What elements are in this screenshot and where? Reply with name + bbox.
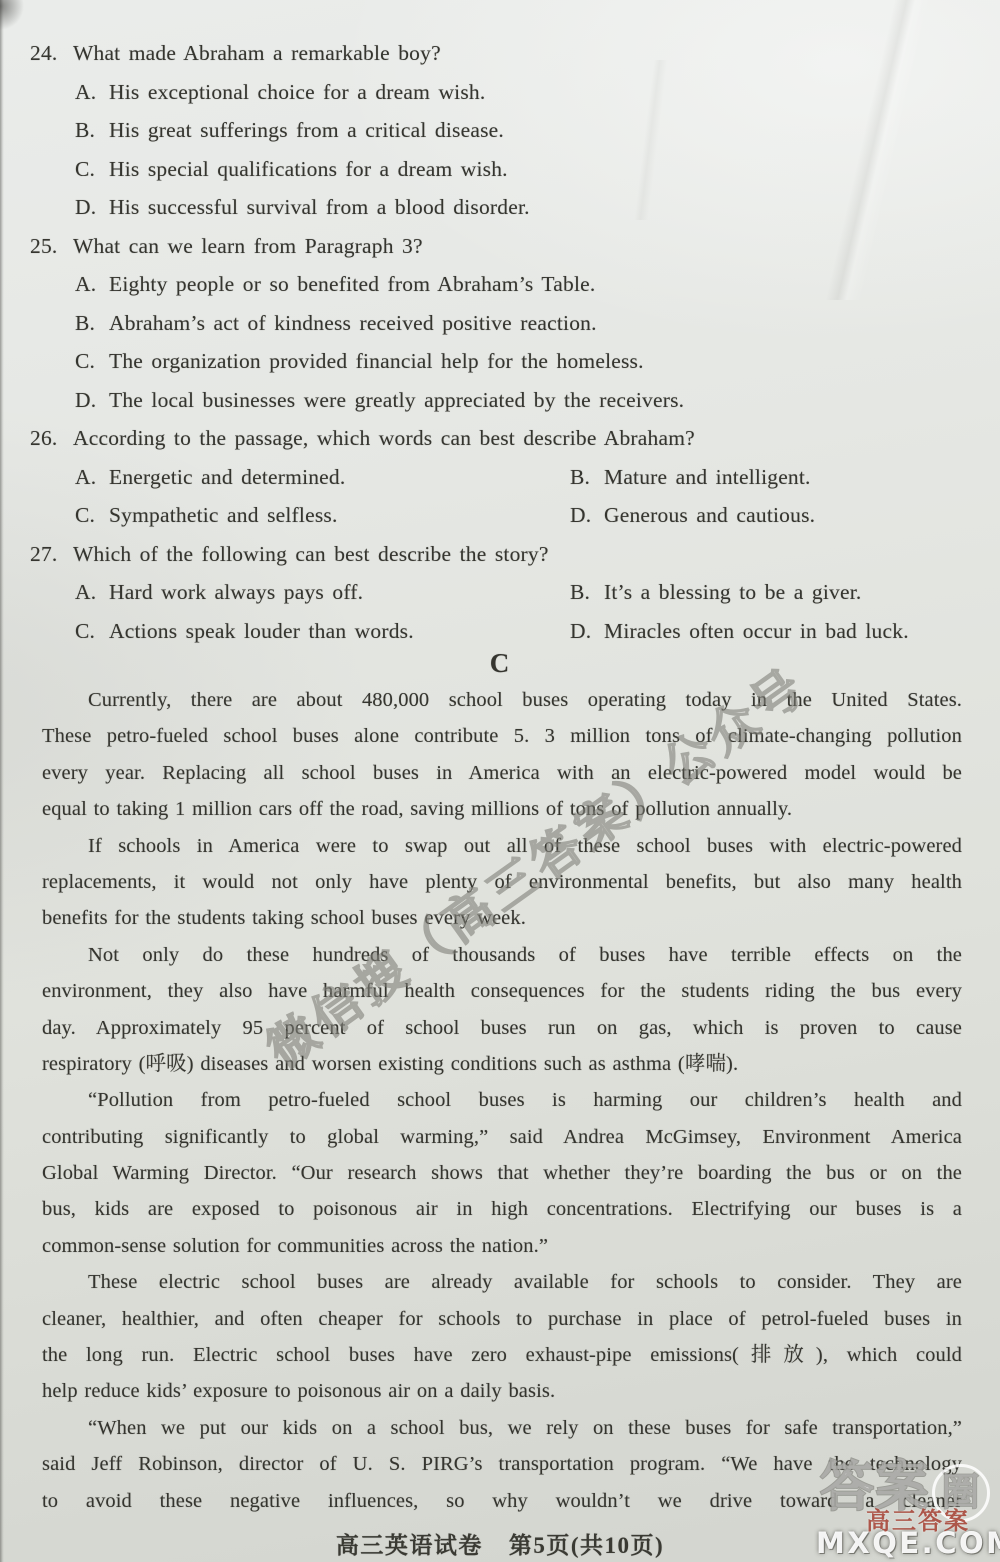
question-text: What made Abraham a remarkable boy? <box>73 41 441 65</box>
passage-line: bus, kids are exposed to poisonous air i… <box>42 1191 962 1227</box>
passage-line: every year. Replacing all school buses i… <box>42 755 962 791</box>
option-text: The local businesses were greatly apprec… <box>109 388 684 412</box>
page-number: 第5页(共10页) <box>509 1533 664 1558</box>
option-text: Mature and intelligent. <box>604 465 811 489</box>
option-text: His great sufferings from a critical dis… <box>109 118 504 142</box>
question-text: According to the passage, which words ca… <box>73 426 695 450</box>
question-26-options-ab: A.Energetic and determined. B.Mature and… <box>30 458 970 497</box>
option-text: His special qualifications for a dream w… <box>109 157 508 181</box>
page-footer: 高三英语试卷第5页(共10页) <box>0 1527 1000 1560</box>
passage-line: benefits for the students taking school … <box>42 900 962 936</box>
passage-line: to avoid these negative influences, so w… <box>42 1483 962 1519</box>
question-24-option-c: C.His special qualifications for a dream… <box>30 150 970 189</box>
option-label: B. <box>75 304 109 343</box>
passage-line: These petro-fueled school buses alone co… <box>42 718 962 754</box>
question-text: What can we learn from Paragraph 3? <box>73 234 423 258</box>
question-25-option-b: B.Abraham’s act of kindness received pos… <box>30 304 970 343</box>
question-24-option-a: A.His exceptional choice for a dream wis… <box>30 73 970 112</box>
passage-line: the long run. Electric school buses have… <box>42 1337 962 1373</box>
option-text: Abraham’s act of kindness received posit… <box>109 311 597 335</box>
question-26-option-c: C.Sympathetic and selfless. <box>75 496 570 535</box>
passage-line: “When we put our kids on a school bus, w… <box>42 1410 962 1446</box>
reading-passage-c: Currently, there are about 480,000 schoo… <box>42 682 962 1519</box>
question-number: 25. <box>30 227 73 266</box>
option-text: Actions speak louder than words. <box>109 619 414 643</box>
passage-line: Currently, there are about 480,000 schoo… <box>42 682 962 718</box>
passage-line: said Jeff Robinson, director of U. S. PI… <box>42 1446 962 1482</box>
question-26-options-cd: C.Sympathetic and selfless. D.Generous a… <box>30 496 970 535</box>
question-24: 24.What made Abraham a remarkable boy? <box>30 34 970 73</box>
option-text: Eighty people or so benefited from Abrah… <box>109 272 595 296</box>
question-26-option-a: A.Energetic and determined. <box>75 458 570 497</box>
passage-line: respiratory (呼吸) diseases and worsen exi… <box>42 1046 962 1082</box>
option-text: It’s a blessing to be a giver. <box>604 580 861 604</box>
option-text: Generous and cautious. <box>604 503 815 527</box>
passage-line: cleaner, healthier, and often cheaper fo… <box>42 1301 962 1337</box>
question-27-option-d: D.Miracles often occur in bad luck. <box>570 612 970 651</box>
passage-line: common-sense solution for communities ac… <box>42 1228 962 1264</box>
exam-title: 高三英语试卷 <box>336 1533 483 1558</box>
option-text: Hard work always pays off. <box>109 580 363 604</box>
question-25: 25.What can we learn from Paragraph 3? <box>30 227 970 266</box>
option-label: C. <box>75 150 109 189</box>
passage-line: Not only do these hundreds of thousands … <box>42 937 962 973</box>
question-number: 27. <box>30 535 73 574</box>
section-c-heading: C <box>0 650 1000 682</box>
question-number: 24. <box>30 34 73 73</box>
question-27-option-c: C.Actions speak louder than words. <box>75 612 570 651</box>
passage-line: contributing significantly to global war… <box>42 1119 962 1155</box>
option-label: C. <box>75 342 109 381</box>
question-text: Which of the following can best describe… <box>73 542 549 566</box>
question-25-option-c: C.The organization provided financial he… <box>30 342 970 381</box>
option-text: Miracles often occur in bad luck. <box>604 619 909 643</box>
question-27-option-a: A.Hard work always pays off. <box>75 573 570 612</box>
passage-line: replacements, it would not only have ple… <box>42 864 962 900</box>
option-text: His successful survival from a blood dis… <box>109 195 530 219</box>
option-label: D. <box>75 188 109 227</box>
question-25-option-d: D.The local businesses were greatly appr… <box>30 381 970 420</box>
option-text: Energetic and determined. <box>109 465 345 489</box>
option-text: The organization provided financial help… <box>109 349 644 373</box>
question-27-options-cd: C.Actions speak louder than words. D.Mir… <box>30 612 970 651</box>
option-label: A. <box>75 73 109 112</box>
question-27-option-b: B.It’s a blessing to be a giver. <box>570 573 970 612</box>
question-26-option-d: D.Generous and cautious. <box>570 496 970 535</box>
passage-line: day. Approximately 95 percent of school … <box>42 1010 962 1046</box>
option-text: Sympathetic and selfless. <box>109 503 338 527</box>
passage-line: These electric school buses are already … <box>42 1264 962 1300</box>
question-25-option-a: A.Eighty people or so benefited from Abr… <box>30 265 970 304</box>
option-label: B. <box>570 573 604 612</box>
option-label: A. <box>75 458 109 497</box>
passage-line: equal to taking 1 million cars off the r… <box>42 791 962 827</box>
passage-line: help reduce kids’ exposure to poisonous … <box>42 1373 962 1409</box>
option-label: D. <box>570 496 604 535</box>
passage-line: If schools in America were to swap out a… <box>42 828 962 864</box>
option-label: D. <box>570 612 604 651</box>
question-27: 27.Which of the following can best descr… <box>30 535 970 574</box>
question-26: 26.According to the passage, which words… <box>30 419 970 458</box>
option-label: D. <box>75 381 109 420</box>
scanned-exam-page: 24.What made Abraham a remarkable boy? A… <box>0 0 1000 1562</box>
option-label: C. <box>75 612 109 651</box>
option-label: A. <box>75 265 109 304</box>
question-26-option-b: B.Mature and intelligent. <box>570 458 970 497</box>
questions-section: 24.What made Abraham a remarkable boy? A… <box>0 0 1000 650</box>
option-label: B. <box>75 111 109 150</box>
option-text: His exceptional choice for a dream wish. <box>109 80 485 104</box>
option-label: A. <box>75 573 109 612</box>
question-number: 26. <box>30 419 73 458</box>
question-24-option-b: B.His great sufferings from a critical d… <box>30 111 970 150</box>
passage-line: environment, they also have harmful heal… <box>42 973 962 1009</box>
question-24-option-d: D.His successful survival from a blood d… <box>30 188 970 227</box>
option-label: B. <box>570 458 604 497</box>
option-label: C. <box>75 496 109 535</box>
passage-line: Global Warming Director. “Our research s… <box>42 1155 962 1191</box>
question-27-options-ab: A.Hard work always pays off. B.It’s a bl… <box>30 573 970 612</box>
passage-line: “Pollution from petro-fueled school buse… <box>42 1082 962 1118</box>
